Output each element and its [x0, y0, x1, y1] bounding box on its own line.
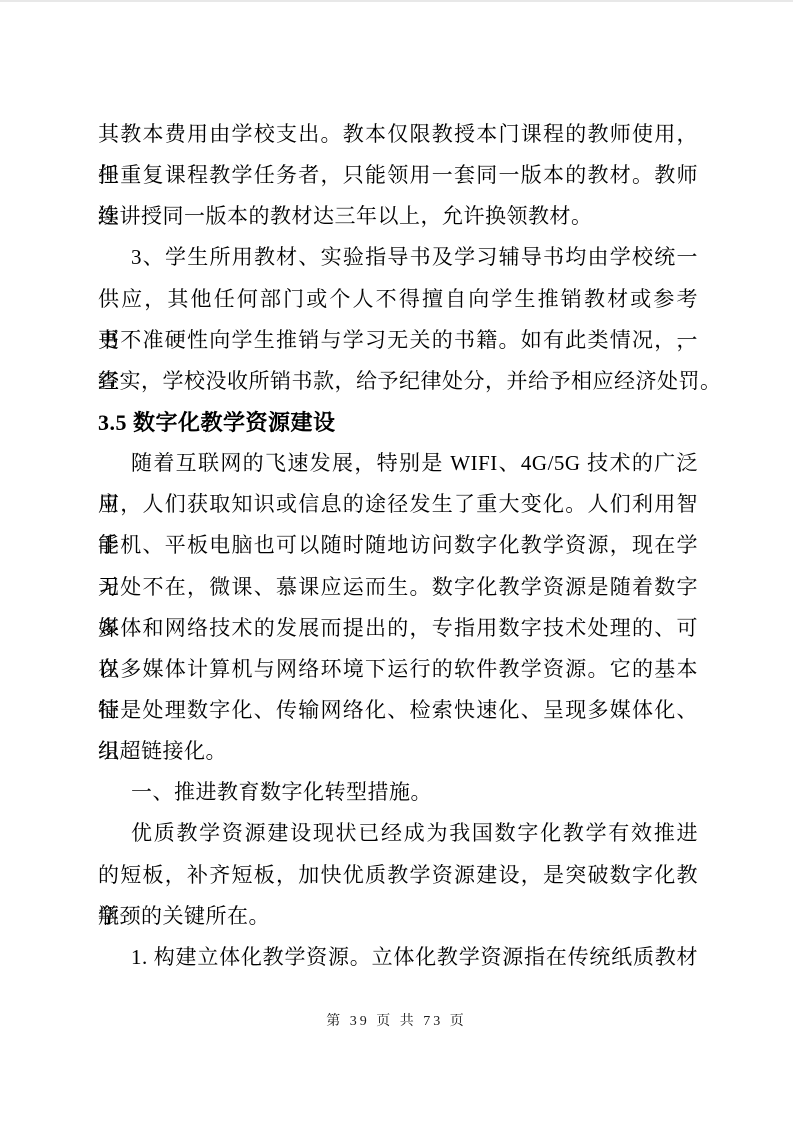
- text-line: 更不准硬性向学生推销与学习无关的书籍。如有此类情况，一经: [98, 320, 698, 361]
- text-line: 一、推进教育数字化转型措施。: [98, 772, 698, 813]
- text-line: 优质教学资源建设现状已经成为我国数字化教学有效推进: [98, 813, 698, 854]
- text-line: 在多媒体计算机与网络环境下运行的软件教学资源。它的基本特: [98, 649, 698, 690]
- text-line: 1. 构建立体化教学资源。立体化教学资源指在传统纸质教材: [98, 937, 698, 978]
- page-footer: 第 39 页 共 73 页: [0, 1010, 793, 1034]
- text-line: 媒体和网络技术的发展而提出的，专指用数字技术处理的、可以: [98, 608, 698, 649]
- text-line: 手机、平板电脑也可以随时随地访问数字化教学资源，现在学习: [98, 525, 698, 566]
- text-line: 瓶颈的关键所在。: [98, 896, 698, 937]
- text-line: 的短板，补齐短板，加快优质教学资源建设，是突破数字化教学: [98, 855, 698, 896]
- page-number-indicator: 第 39 页 共 73 页: [326, 1014, 467, 1029]
- text-line: 随着互联网的飞速发展，特别是 WIFI、4G/5G 技术的广泛应: [98, 443, 698, 484]
- document-page: 其教本费用由学校支出。教本仅限教授本门课程的教师使用，担任重复课程教学任务者，只…: [0, 0, 793, 1122]
- text-line: 其教本费用由学校支出。教本仅限教授本门课程的教师使用，担: [98, 114, 698, 155]
- text-line: 用，人们获取知识或信息的途径发生了重大变化。人们利用智能: [98, 484, 698, 525]
- text-line: 无处不在，微课、慕课应运而生。数字化教学资源是随着数字多: [98, 567, 698, 608]
- section-heading: 3.5 数字化教学资源建设: [98, 402, 698, 443]
- text-line: 供应，其他任何部门或个人不得擅自向学生推销教材或参考书，: [98, 279, 698, 320]
- text-line: 续讲授同一版本的教材达三年以上，允许换领教材。: [98, 196, 698, 237]
- text-line: 查实，学校没收所销书款，给予纪律处分，并给予相应经济处罚。: [98, 361, 698, 402]
- text-line: 织超链接化。: [98, 731, 698, 772]
- document-body: 其教本费用由学校支出。教本仅限教授本门课程的教师使用，担任重复课程教学任务者，只…: [98, 114, 698, 978]
- text-line: 任重复课程教学任务者，只能领用一套同一版本的教材。教师连: [98, 155, 698, 196]
- text-line: 3、学生所用教材、实验指导书及学习辅导书均由学校统一: [98, 237, 698, 278]
- page-top-edge: [0, 0, 793, 2]
- text-line: 征是处理数字化、传输网络化、检索快速化、呈现多媒体化、组: [98, 690, 698, 731]
